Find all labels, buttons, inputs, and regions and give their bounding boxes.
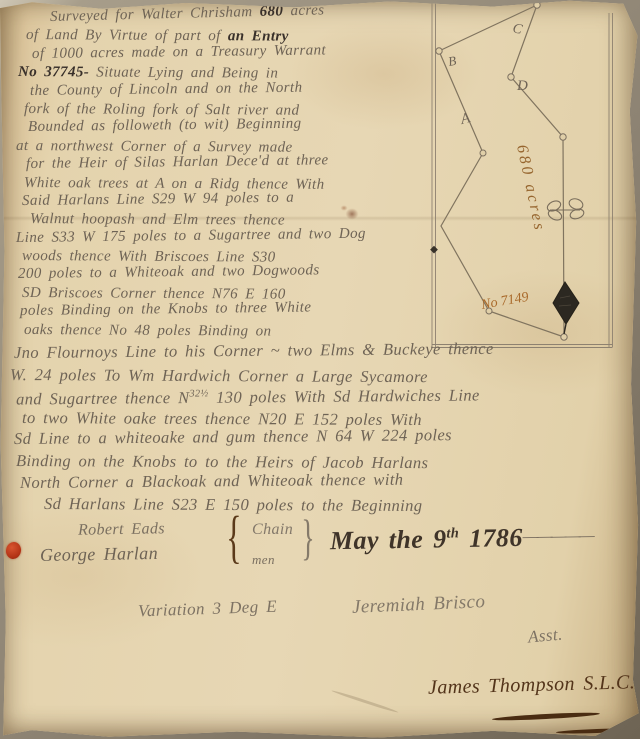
survey-description-lower-block: Jno Flournoys Line to his Corner ~ two E… — [8, 342, 632, 515]
date-flourish-dash: ————— — [523, 525, 593, 546]
signature-flourish — [492, 711, 600, 722]
scanned-survey-document: { "document": { "lines": [ {"block":"nar… — [0, 0, 640, 739]
corner-label-c: C — [511, 21, 524, 38]
wax-seal — [4, 541, 22, 561]
date-ordinal: th — [446, 525, 459, 541]
line-segment: and Sugartree thence N — [16, 388, 190, 409]
line-segment: for the Heir of Silas Harlan Dece'd at t… — [26, 152, 329, 172]
date-text: May the 9 — [330, 524, 447, 555]
variation-note: Variation 3 Deg E — [138, 597, 278, 622]
line-segment: Line S33 W 175 poles to a Sugartree and … — [16, 225, 366, 245]
line-segment: 200 poles to a Whiteoak and two Dogwoods — [18, 263, 320, 283]
line-segment: acres — [283, 2, 324, 19]
torn-top-edge-marks: 18 — [84, 0, 99, 12]
assistant-title: Asst. — [527, 625, 563, 648]
document-line: of 1000 acres made on a Treasury Warrant — [32, 40, 440, 63]
plat-survey-number: No 7149 — [479, 290, 530, 313]
brown-brace: { — [226, 508, 241, 566]
line-segment: 680 — [259, 3, 283, 20]
date-year: 1786 — [459, 523, 523, 553]
line-segment: Said Harlans Line S29 W 94 poles to a — [22, 190, 294, 209]
chainman-name-2: George Harlan — [40, 543, 158, 566]
men-label: men — [252, 552, 275, 568]
corner-label-b: B — [447, 53, 457, 69]
document-line: 200 poles to a Whiteoak and two Dogwoods — [18, 260, 440, 284]
faint-scribble — [331, 689, 399, 713]
document-line: North Corner a Blackoak and Whiteoak the… — [20, 466, 632, 493]
corner-label-d: D — [516, 78, 528, 94]
aged-paper-sheet: 18 Surveyed for Walter Chrisham 680 acre… — [0, 0, 640, 739]
line-segment: Sd Line to a whiteoake and gum thence N … — [14, 426, 452, 449]
signature-flourish — [556, 728, 638, 735]
gray-brace: } — [301, 512, 314, 562]
corner-label-a: A — [458, 110, 473, 128]
survey-description-upper-block: Surveyed for Walter Chrisham 680 acresof… — [16, 8, 440, 339]
chainman-name-1: Robert Eads — [78, 520, 165, 540]
line-segment: Surveyed for Walter Chrisham — [50, 4, 260, 25]
document-line: Bounded as followeth (to wit) Beginning — [28, 113, 440, 136]
line-segment: 130 poles With Sd Hardwiches Line — [208, 386, 479, 407]
chain-label: Chain — [252, 521, 293, 539]
line-segment: Jno Flournoys Line to his Corner ~ two E… — [14, 339, 494, 362]
surveyor-signature: James Thompson S.L.C. — [428, 671, 636, 699]
plat-right-margin-rule — [609, 13, 613, 347]
line-segment: 32½ — [189, 389, 208, 400]
corner-markers — [436, 2, 567, 340]
document-line: Sd Line to a whiteoake and gum thence N … — [14, 423, 632, 450]
line-segment: No 37745- — [18, 64, 96, 80]
document-line: Jno Flournoys Line to his Corner ~ two E… — [14, 337, 632, 364]
line-segment: of 1000 acres made on a Treasury Warrant — [32, 42, 326, 62]
plat-acreage-note: 680 acres — [513, 143, 548, 234]
survey-date: May the 9th 1786————— — [330, 522, 593, 557]
document-line: Sd Harlans Line S23 E 150 poles to the B… — [44, 493, 632, 518]
line-segment: Bounded as followeth (to wit) Beginning — [28, 116, 302, 135]
line-segment: the County of Lincoln and on the North — [30, 79, 303, 98]
line-segment: poles Binding on the Knobs to three Whit… — [20, 300, 312, 320]
tract-boundary-polygon — [439, 5, 564, 337]
document-line: Surveyed for Walter Chrisham 680 acres — [50, 0, 440, 26]
assistant-signature: Jeremiah Brisco — [352, 591, 486, 619]
document-line: for the Heir of Silas Harlan Dece'd at t… — [26, 150, 440, 173]
document-line: poles Binding on the Knobs to three Whit… — [20, 297, 440, 321]
document-line: Said Harlans Line S29 W 94 poles to a — [22, 187, 440, 210]
document-line: and Sugartree thence N32½ 130 poles With… — [16, 380, 632, 407]
kite-mark-icon — [553, 282, 579, 334]
line-segment: oaks thence No 48 poles Binding on — [24, 322, 271, 340]
bow-doodle-icon — [546, 197, 585, 222]
line-segment: North Corner a Blackoak and Whiteoak the… — [20, 469, 404, 491]
